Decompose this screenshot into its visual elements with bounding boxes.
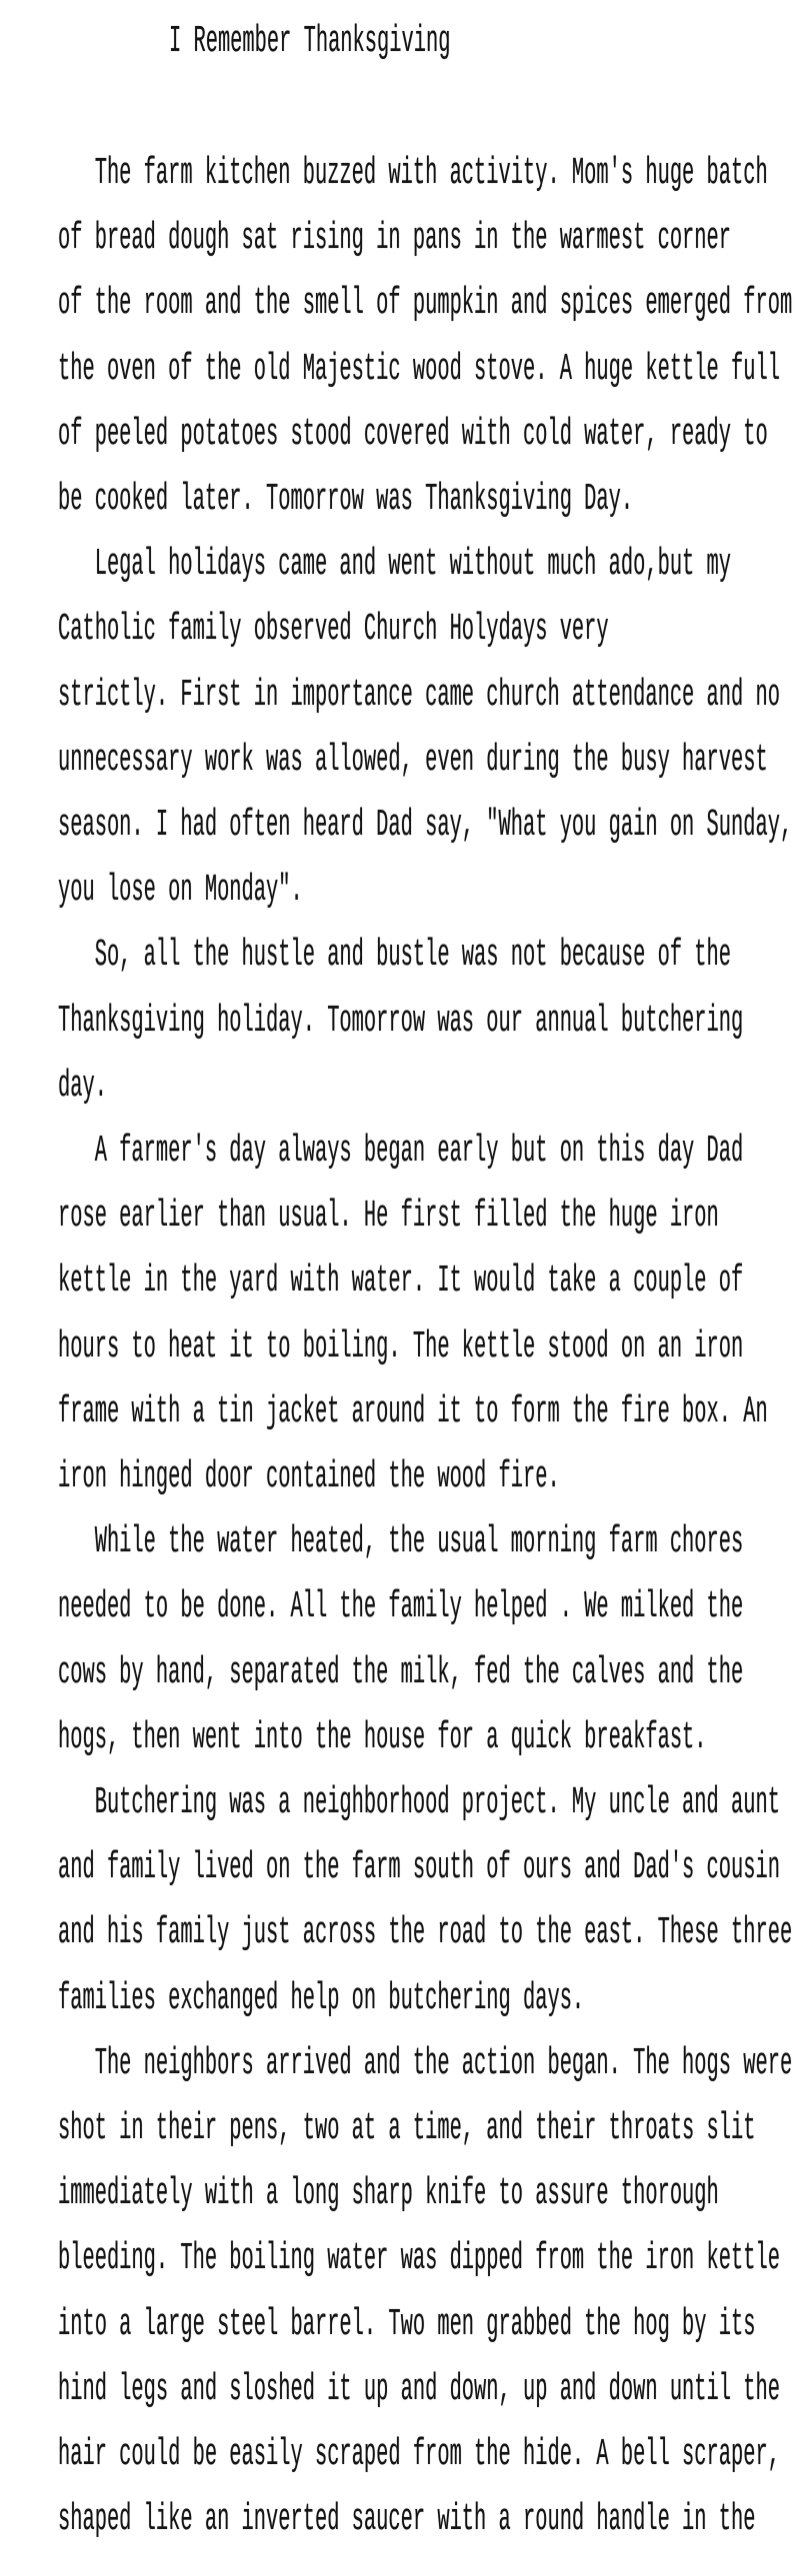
text-line: shaped like an inverted saucer with a ro… xyxy=(58,2503,755,2540)
text-line: into a large steel barrel. Two men grabb… xyxy=(58,2308,755,2345)
text-line: hind legs and sloshed it up and down, up… xyxy=(58,2373,780,2410)
text-line: Thanksgiving holiday. Tomorrow was our a… xyxy=(58,1005,743,1042)
text-line: cows by hand, separated the milk, fed th… xyxy=(58,1656,743,1693)
text-line: bleeding. The boiling water was dipped f… xyxy=(58,2242,780,2279)
text-line: of bread dough sat rising in pans in the… xyxy=(58,222,731,259)
text-line: The neighbors arrived and the action beg… xyxy=(58,2047,792,2084)
text-line: hours to heat it to boiling. The kettle … xyxy=(58,1330,743,1367)
text-line: iron hinged door contained the wood fire… xyxy=(58,1460,560,1497)
text-line: The farm kitchen buzzed with activity. M… xyxy=(58,157,768,194)
text-line: and his family just across the road to t… xyxy=(58,1916,792,1953)
text-line: of the room and the smell of pumpkin and… xyxy=(58,287,792,324)
text-line: be cooked later. Tomorrow was Thanksgivi… xyxy=(58,483,633,520)
text-line: strictly. First in importance came churc… xyxy=(58,679,780,716)
text-line: While the water heated, the usual mornin… xyxy=(58,1525,743,1562)
text-line: rose earlier than usual. He first filled… xyxy=(58,1200,719,1237)
text-line: Catholic family observed Church Holydays… xyxy=(58,613,609,650)
text-line: A farmer's day always began early but on… xyxy=(58,1135,743,1172)
text-line: hair could be easily scraped from the hi… xyxy=(58,2438,780,2475)
text-line: day. xyxy=(58,1070,107,1107)
text-line: immediately with a long sharp knife to a… xyxy=(58,2177,719,2214)
document-page: I Remember Thanksgiving The farm kitchen… xyxy=(0,0,811,2576)
text-line: of peeled potatoes stood covered with co… xyxy=(58,418,768,455)
text-line: hogs, then went into the house for a qui… xyxy=(58,1721,707,1758)
text-line: frame with a tin jacket around it to for… xyxy=(58,1395,768,1432)
text-line: kettle in the yard with water. It would … xyxy=(58,1265,743,1301)
text-line: you lose on Monday". xyxy=(58,874,303,911)
text-line: Legal holidays came and went without muc… xyxy=(58,548,731,585)
text-line: the oven of the old Majestic wood stove.… xyxy=(58,353,780,390)
text-line: So, all the hustle and bustle was not be… xyxy=(58,939,731,976)
text-line: season. I had often heard Dad say, "What… xyxy=(58,809,792,846)
text-line: needed to be done. All the family helped… xyxy=(58,1590,743,1627)
text-line: shot in their pens, two at a time, and t… xyxy=(58,2112,755,2149)
text-line: Butchering was a neighborhood project. M… xyxy=(58,1786,780,1823)
text-line: and family lived on the farm south of ou… xyxy=(58,1851,780,1888)
document-title: I Remember Thanksgiving xyxy=(169,25,450,62)
text-line: families exchanged help on butchering da… xyxy=(58,1982,584,2019)
text-line: unnecessary work was allowed, even durin… xyxy=(58,744,768,781)
